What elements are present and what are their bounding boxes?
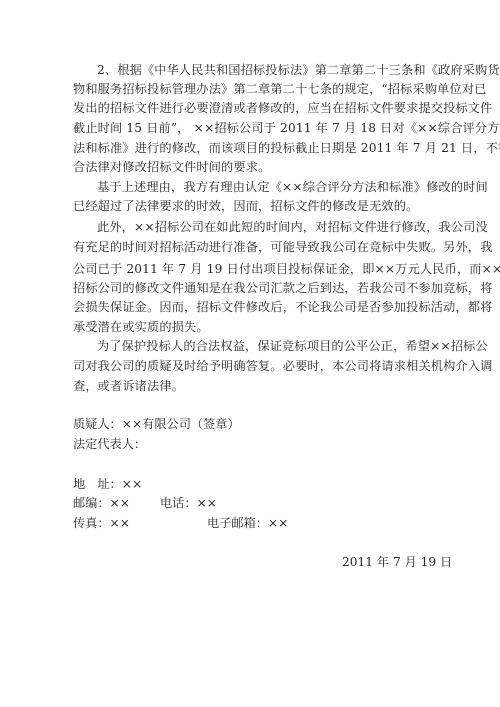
paragraph-1-line-4: 截止时间 15 日前”， ××招标公司于 2011 年 7 月 18 日对《××… <box>73 120 425 136</box>
address-line: 地 址：×× <box>73 476 142 492</box>
paragraph-1-line-2: 物和服务招标投标管理办法》第二章第二十七条的规定，“招标采购单位对已 <box>73 81 425 97</box>
paragraph-4-line-1: 为了保护投标人的合法权益，保证竞标项目的公平公正，希望××招标公 <box>97 338 425 354</box>
paragraph-3-line-2: 有充足的时间对招标活动进行准备，可能导致我公司在竞标中失败。另外，我 <box>73 239 425 255</box>
paragraph-3-line-4: 招标公司的修改文件通知是在我公司汇款之后到达，若我公司不参加竞标，将 <box>73 280 425 296</box>
paragraph-3-line-1: 此外，××招标公司在如此短的时间内，对招标文件进行修改，我公司没 <box>97 219 425 235</box>
email-field: 电子邮箱：×× <box>207 515 288 531</box>
document-date: 2011 年 7 月 19 日 <box>342 554 452 570</box>
paragraph-1-line-1: 2、根据《中华人民共和国招标投标法》第二章第二十三条和《政府采购货 <box>97 62 425 78</box>
paragraph-1-line-6: 合法律对修改招标文件时间的要求。 <box>73 159 425 175</box>
paragraph-2-line-2: 已经超过了法律要求的时效，因而，招标文件的修改是无效的。 <box>73 198 425 214</box>
phone-field: 电话：×× <box>160 495 217 511</box>
paragraph-1-line-5: 法和标准》进行的修改，而该项目的投标截止日期是 2011 年 7 月 21 日，… <box>73 140 425 156</box>
postcode-field: 邮编：×× <box>73 495 130 511</box>
paragraph-3-line-5: 会损失保证金。因而，招标文件修改后，不论我公司是否参加投标活动，都将 <box>73 299 425 315</box>
paragraph-1-line-3: 发出的招标文件进行必要澄清或者修改的，应当在招标文件要求提交投标文件 <box>73 100 425 116</box>
questioner-line: 质疑人：××有限公司（签章） <box>73 416 240 432</box>
legal-representative-line: 法定代表人： <box>73 436 146 452</box>
document-page: 2、根据《中华人民共和国招标投标法》第二章第二十三条和《政府采购货 物和服务招标… <box>0 0 500 707</box>
paragraph-3-line-3: 公司已于 2011 年 7 月 19 日付出项目投标保证金，即××万元人民币，而… <box>73 261 425 277</box>
fax-field: 传真：×× <box>73 515 130 531</box>
paragraph-4-line-2: 司对我公司的质疑及时给予明确答复。必要时，本公司将请求相关机构介入调 <box>73 358 425 374</box>
paragraph-3-line-6: 承受潜在或实质的损失。 <box>73 319 425 335</box>
paragraph-4-line-3: 查，或者诉诸法律。 <box>73 378 425 394</box>
paragraph-2-line-1: 基于上述理由，我方有理由认定《××综合评分方法和标准》修改的时间 <box>97 179 425 195</box>
